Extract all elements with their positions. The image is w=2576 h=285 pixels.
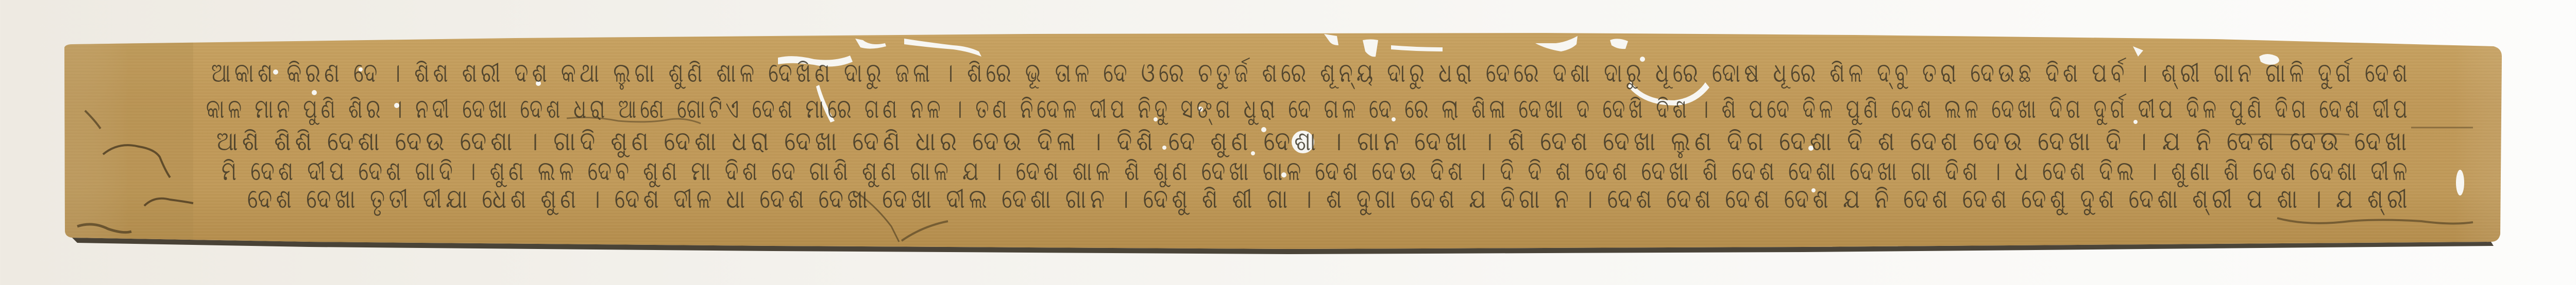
manuscript-photo: ଆକାଶ କିରଣ ଦେ । ଶିଶ ଶରୀ ଦଶ କଥା ଲୁଗା ଶୁଣି … [0, 0, 2576, 285]
manuscript-line-2: କାଳ ମାନ ପୁଣି ଶିର । ନଦୀ ଦେଖା ଦେଶ ଧରା ଆଣେ … [206, 94, 2411, 125]
manuscript-line-5: ଦେଶ ଦେଖା ତୃତୀ ଦୀଯା ଧେଶ ଶୁଣ । ଦେଶ ଦୀଳ ଧା … [247, 184, 2411, 215]
manuscript-line-3: ଆଶି ଶିଶି ଦେଶା ଦେଉ ଦେଶା । ଗାଦି ଶୁଣ ଦେଶା ଧ… [216, 126, 2411, 157]
manuscript-line-1: ଆକାଶ କିରଣ ଦେ । ଶିଶ ଶରୀ ଦଶ କଥା ଲୁଗା ଶୁଣି … [211, 58, 2411, 89]
manuscript-line-4: ମି ଦେଶ ଦୀପ ଦେଶ ଗାଦି । ଶୁଣ ଲଳ ଦେବ ଶୁଣ ମା … [222, 156, 2411, 187]
